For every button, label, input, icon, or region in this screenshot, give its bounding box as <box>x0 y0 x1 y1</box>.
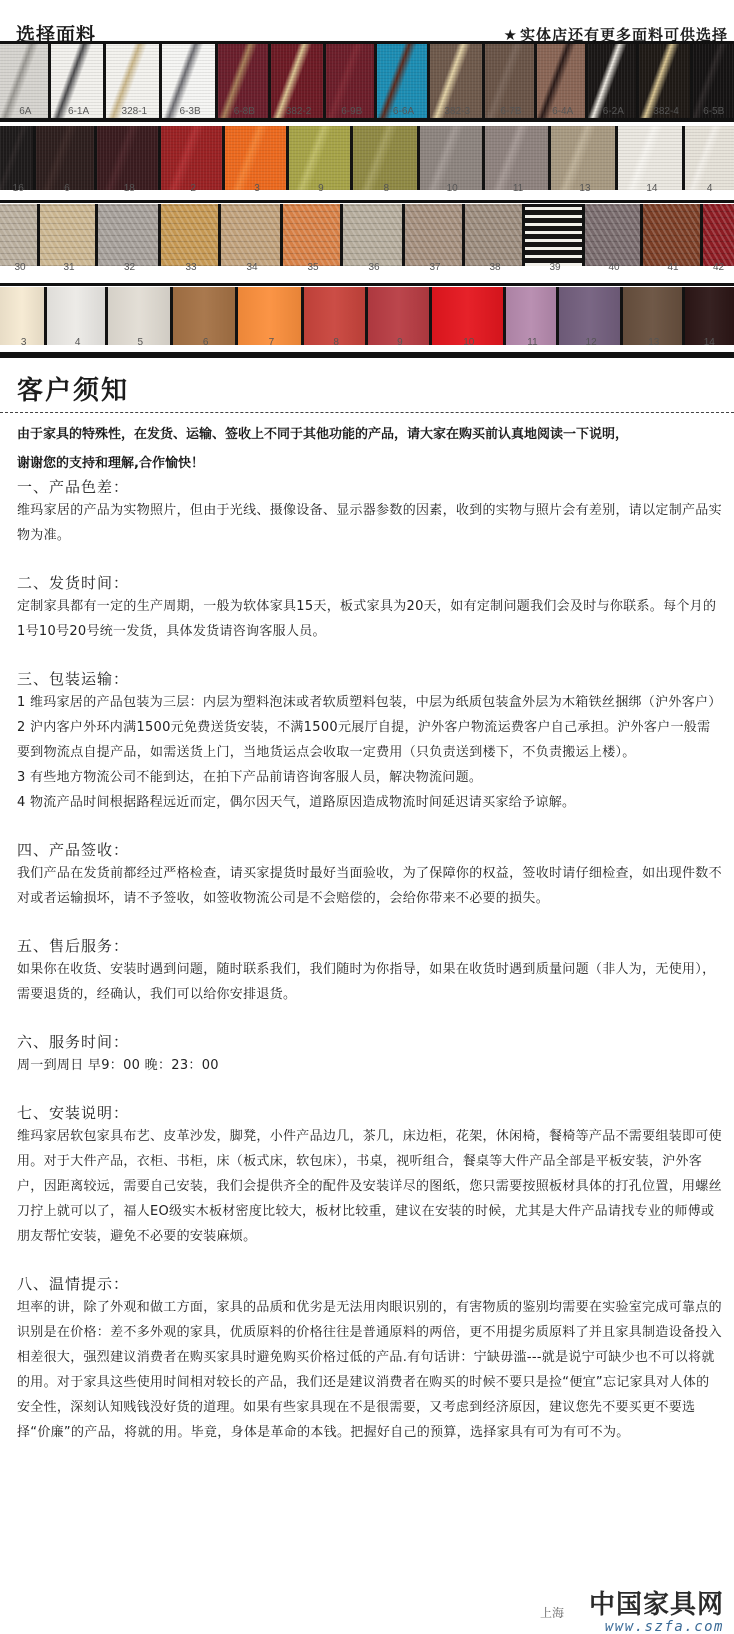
swatch-code-label: 6-5B <box>703 106 724 117</box>
fabric-texture <box>465 204 522 266</box>
notice-sections: 一、产品色差：维玛家居的产品为实物照片，但由于光线、摄像设备、显示器参数的因素，… <box>17 476 722 1469</box>
section-paragraph: 2 沪内客户外环内满1500元免费送货安装，不满1500元展厅自提，沪外客户物流… <box>17 715 722 765</box>
swatch-code-label: 40 <box>608 262 619 273</box>
notice-section: 六、服务时间：周一到周日 早9：00 晚：23：00 <box>17 1031 722 1078</box>
swatch-labels-row-3: 30313233343536373839404142 <box>0 262 734 278</box>
fabric-texture <box>161 204 218 266</box>
fabric-texture <box>525 204 582 266</box>
fabric-texture <box>485 126 549 190</box>
fabric-texture <box>343 204 402 266</box>
notice-section: 八、温情提示：坦率的讲，除了外观和做工方面，家具的品质和优劣是无法用肉眼识别的，… <box>17 1273 722 1445</box>
swatch-code-label: 6-3B <box>180 106 201 117</box>
swatch-code-label: 6-8B <box>234 106 255 117</box>
swatch-code-label: 2 <box>190 183 196 194</box>
swatch-code-label: 6-4A <box>552 106 573 117</box>
fabric-swatch[interactable] <box>97 126 161 190</box>
fabric-swatch[interactable] <box>0 204 40 266</box>
fabric-swatch[interactable] <box>485 126 552 190</box>
fabric-texture <box>40 204 95 266</box>
notice-section: 三、包装运输：1 维玛家居的产品包装为三层：内层为塑料泡沫或者软质塑料包装，中层… <box>17 668 722 815</box>
fabric-swatch[interactable] <box>525 204 585 266</box>
swatch-code-label: 42 <box>713 262 724 273</box>
swatch-code-label: 36 <box>368 262 379 273</box>
section-heading: 七、安装说明： <box>17 1102 722 1124</box>
swatch-code-label: 6-6A <box>393 106 414 117</box>
section-heading: 三、包装运输： <box>17 668 722 690</box>
fabric-swatch[interactable] <box>161 204 221 266</box>
swatch-code-label: 30 <box>14 262 25 273</box>
swatch-labels-row-2: 166182398101113144 <box>0 183 734 199</box>
swatch-code-label: 18 <box>124 183 135 194</box>
fabric-swatch[interactable] <box>618 126 685 190</box>
fabric-texture <box>685 126 734 190</box>
fabric-texture <box>551 126 615 190</box>
fabric-texture <box>0 204 37 266</box>
row-divider <box>0 118 734 122</box>
notice-intro: 由于家具的特殊性，在发货、运输、签收上不同于其他功能的产品，请大家在购买前认真地… <box>17 420 722 478</box>
swatch-code-label: 382-2 <box>286 106 312 117</box>
swatch-code-label: 328-1 <box>122 106 148 117</box>
swatch-code-label: 6A <box>19 106 31 117</box>
swatch-code-label: 9 <box>397 337 403 348</box>
swatch-code-label: 11 <box>513 183 523 194</box>
fabric-swatch[interactable] <box>98 204 161 266</box>
fabric-texture <box>703 204 734 266</box>
swatch-code-label: 16 <box>13 183 24 194</box>
swatch-code-label: 8 <box>383 183 389 194</box>
notice-section: 一、产品色差：维玛家居的产品为实物照片，但由于光线、摄像设备、显示器参数的因素，… <box>17 476 722 548</box>
fabric-texture <box>353 126 417 190</box>
swatch-code-label: 6-1A <box>68 106 89 117</box>
fabric-header: 选择面料 ★实体店还有更多面料可供选择 <box>0 0 734 42</box>
fabric-texture <box>283 204 340 266</box>
swatch-code-label: 11 <box>527 337 537 348</box>
notice-section: 二、发货时间：定制家具都有一定的生产周期，一般为软体家具15天，板式家具为20天… <box>17 572 722 644</box>
section-paragraph: 维玛家居软包家具布艺、皮革沙发，脚凳，小件产品边几，茶几，床边柜，花架，休闲椅，… <box>17 1124 722 1249</box>
fabric-texture <box>221 204 280 266</box>
fabric-texture <box>289 126 350 190</box>
intro-line-2: 谢谢您的支持和理解,合作愉快！ <box>17 449 722 478</box>
swatch-code-label: 4 <box>75 337 81 348</box>
fabric-swatch[interactable] <box>289 126 353 190</box>
swatch-code-label: 38 <box>489 262 500 273</box>
section-paragraph: 坦率的讲，除了外观和做工方面，家具的品质和优劣是无法用肉眼识别的，有害物质的鉴别… <box>17 1295 722 1445</box>
swatch-row-2 <box>0 126 734 190</box>
swatch-code-label: 6-9B <box>341 106 362 117</box>
swatch-code-label: 13 <box>579 183 590 194</box>
dashed-divider <box>0 412 734 413</box>
fabric-texture <box>0 126 33 190</box>
swatch-code-label: 14 <box>704 337 715 348</box>
section-paragraph: 周一到周日 早9：00 晚：23：00 <box>17 1053 722 1078</box>
section-paragraph: 1 维玛家居的产品包装为三层：内层为塑料泡沫或者软质塑料包装，中层为纸质包装盒外… <box>17 690 722 715</box>
swatch-code-label: 382-4 <box>653 106 679 117</box>
swatch-code-label: 6-7B <box>500 106 521 117</box>
section-heading: 一、产品色差： <box>17 476 722 498</box>
fabric-swatch[interactable] <box>685 126 734 190</box>
fabric-texture <box>585 204 640 266</box>
section-heading: 二、发货时间： <box>17 572 722 594</box>
fabric-texture <box>225 126 286 190</box>
row-divider <box>0 200 734 203</box>
fabric-swatch[interactable] <box>551 126 618 190</box>
fabric-texture <box>618 126 682 190</box>
notice-section: 四、产品签收：我们产品在发货前都经过严格检查，请买家提货时最好当面验收，为了保障… <box>17 839 722 911</box>
section-paragraph: 3 有些地方物流公司不能到达，在拍下产品前请咨询客服人员，解决物流问题。 <box>17 765 722 790</box>
section-paragraph: 如果你在收货、安装时遇到问题，随时联系我们，我们随时为你指导，如果在收货时遇到质… <box>17 957 722 1007</box>
fabric-texture <box>420 126 482 190</box>
swatch-code-label: 7 <box>269 337 275 348</box>
watermark-site-name: 中国家具网 <box>589 1591 724 1619</box>
swatch-code-label: 8 <box>333 337 339 348</box>
fabric-swatch[interactable] <box>465 204 525 266</box>
section-paragraph: 我们产品在发货前都经过严格检查，请买家提货时最好当面验收，为了保障你的权益，签收… <box>17 861 722 911</box>
fabric-swatch[interactable] <box>283 204 343 266</box>
fabric-swatch[interactable] <box>585 204 643 266</box>
section-heading: 五、售后服务： <box>17 935 722 957</box>
swatch-code-label: 13 <box>648 337 659 348</box>
swatch-code-label: 6-2A <box>603 106 624 117</box>
watermark: 上海 中国家具网 www.szfa.com <box>589 1591 724 1634</box>
swatch-row-3 <box>0 204 734 266</box>
swatch-code-label: 32 <box>124 262 135 273</box>
swatch-code-label: 12 <box>586 337 597 348</box>
swatch-code-label: 33 <box>185 262 196 273</box>
swatch-code-label: 35 <box>307 262 318 273</box>
section-paragraph: 4 物流产品时间根据路程远近而定，偶尔因天气，道路原因造成物流时间延迟请买家给予… <box>17 790 722 815</box>
fabric-swatch[interactable] <box>0 126 36 190</box>
section-paragraph: 维玛家居的产品为实物照片，但由于光线、摄像设备、显示器参数的因素，收到的实物与照… <box>17 498 722 548</box>
watermark-url: www.szfa.com <box>589 1619 724 1634</box>
swatch-code-label: 31 <box>63 262 74 273</box>
fabric-swatch[interactable] <box>703 204 734 266</box>
swatch-code-label: 37 <box>429 262 440 273</box>
fabric-texture <box>643 204 700 266</box>
fabric-texture <box>405 204 462 266</box>
swatch-code-label: 39 <box>549 262 560 273</box>
swatch-code-label: 6 <box>203 337 209 348</box>
swatch-code-label: 382-3 <box>444 106 470 117</box>
fabric-bottom-divider <box>0 352 734 358</box>
section-heading: 八、温情提示： <box>17 1273 722 1295</box>
swatch-code-label: 3 <box>21 337 27 348</box>
section-heading: 六、服务时间： <box>17 1031 722 1053</box>
notice-section: 七、安装说明：维玛家居软包家具布艺、皮革沙发，脚凳，小件产品边几，茶几，床边柜，… <box>17 1102 722 1249</box>
fabric-swatch[interactable] <box>161 126 225 190</box>
notice-section: 五、售后服务：如果你在收货、安装时遇到问题，随时联系我们，我们随时为你指导，如果… <box>17 935 722 1007</box>
row-divider <box>0 283 734 286</box>
fabric-texture <box>161 126 222 190</box>
fabric-swatch[interactable] <box>353 126 420 190</box>
swatch-code-label: 10 <box>463 337 474 348</box>
fabric-swatch[interactable] <box>36 126 97 190</box>
intro-line-1: 由于家具的特殊性，在发货、运输、签收上不同于其他功能的产品，请大家在购买前认真地… <box>17 420 722 449</box>
fabric-swatch[interactable] <box>643 204 703 266</box>
fabric-swatch[interactable] <box>221 204 283 266</box>
fabric-swatch[interactable] <box>420 126 485 190</box>
swatch-code-label: 4 <box>707 183 713 194</box>
swatch-code-label: 3 <box>254 183 260 194</box>
fabric-swatch[interactable] <box>343 204 405 266</box>
swatch-code-label: 9 <box>318 183 324 194</box>
swatch-code-label: 6 <box>64 183 70 194</box>
fabric-texture <box>98 204 158 266</box>
section-heading: 四、产品签收： <box>17 839 722 861</box>
fabric-texture <box>36 126 94 190</box>
fabric-swatch[interactable] <box>405 204 465 266</box>
fabric-swatch[interactable] <box>225 126 289 190</box>
swatch-code-label: 10 <box>447 183 458 194</box>
fabric-swatch[interactable] <box>40 204 98 266</box>
swatch-code-label: 5 <box>138 337 144 348</box>
swatch-labels-row-4: 34567891011121314 <box>0 337 734 353</box>
watermark-prefix: 上海 <box>540 1604 564 1621</box>
swatch-code-label: 14 <box>646 183 657 194</box>
section-paragraph: 定制家具都有一定的生产周期，一般为软体家具15天，板式家具为20天，如有定制问题… <box>17 594 722 644</box>
swatch-code-label: 34 <box>246 262 257 273</box>
fabric-texture <box>97 126 158 190</box>
swatch-code-label: 41 <box>667 262 678 273</box>
notice-title: 客户须知 <box>17 370 129 407</box>
